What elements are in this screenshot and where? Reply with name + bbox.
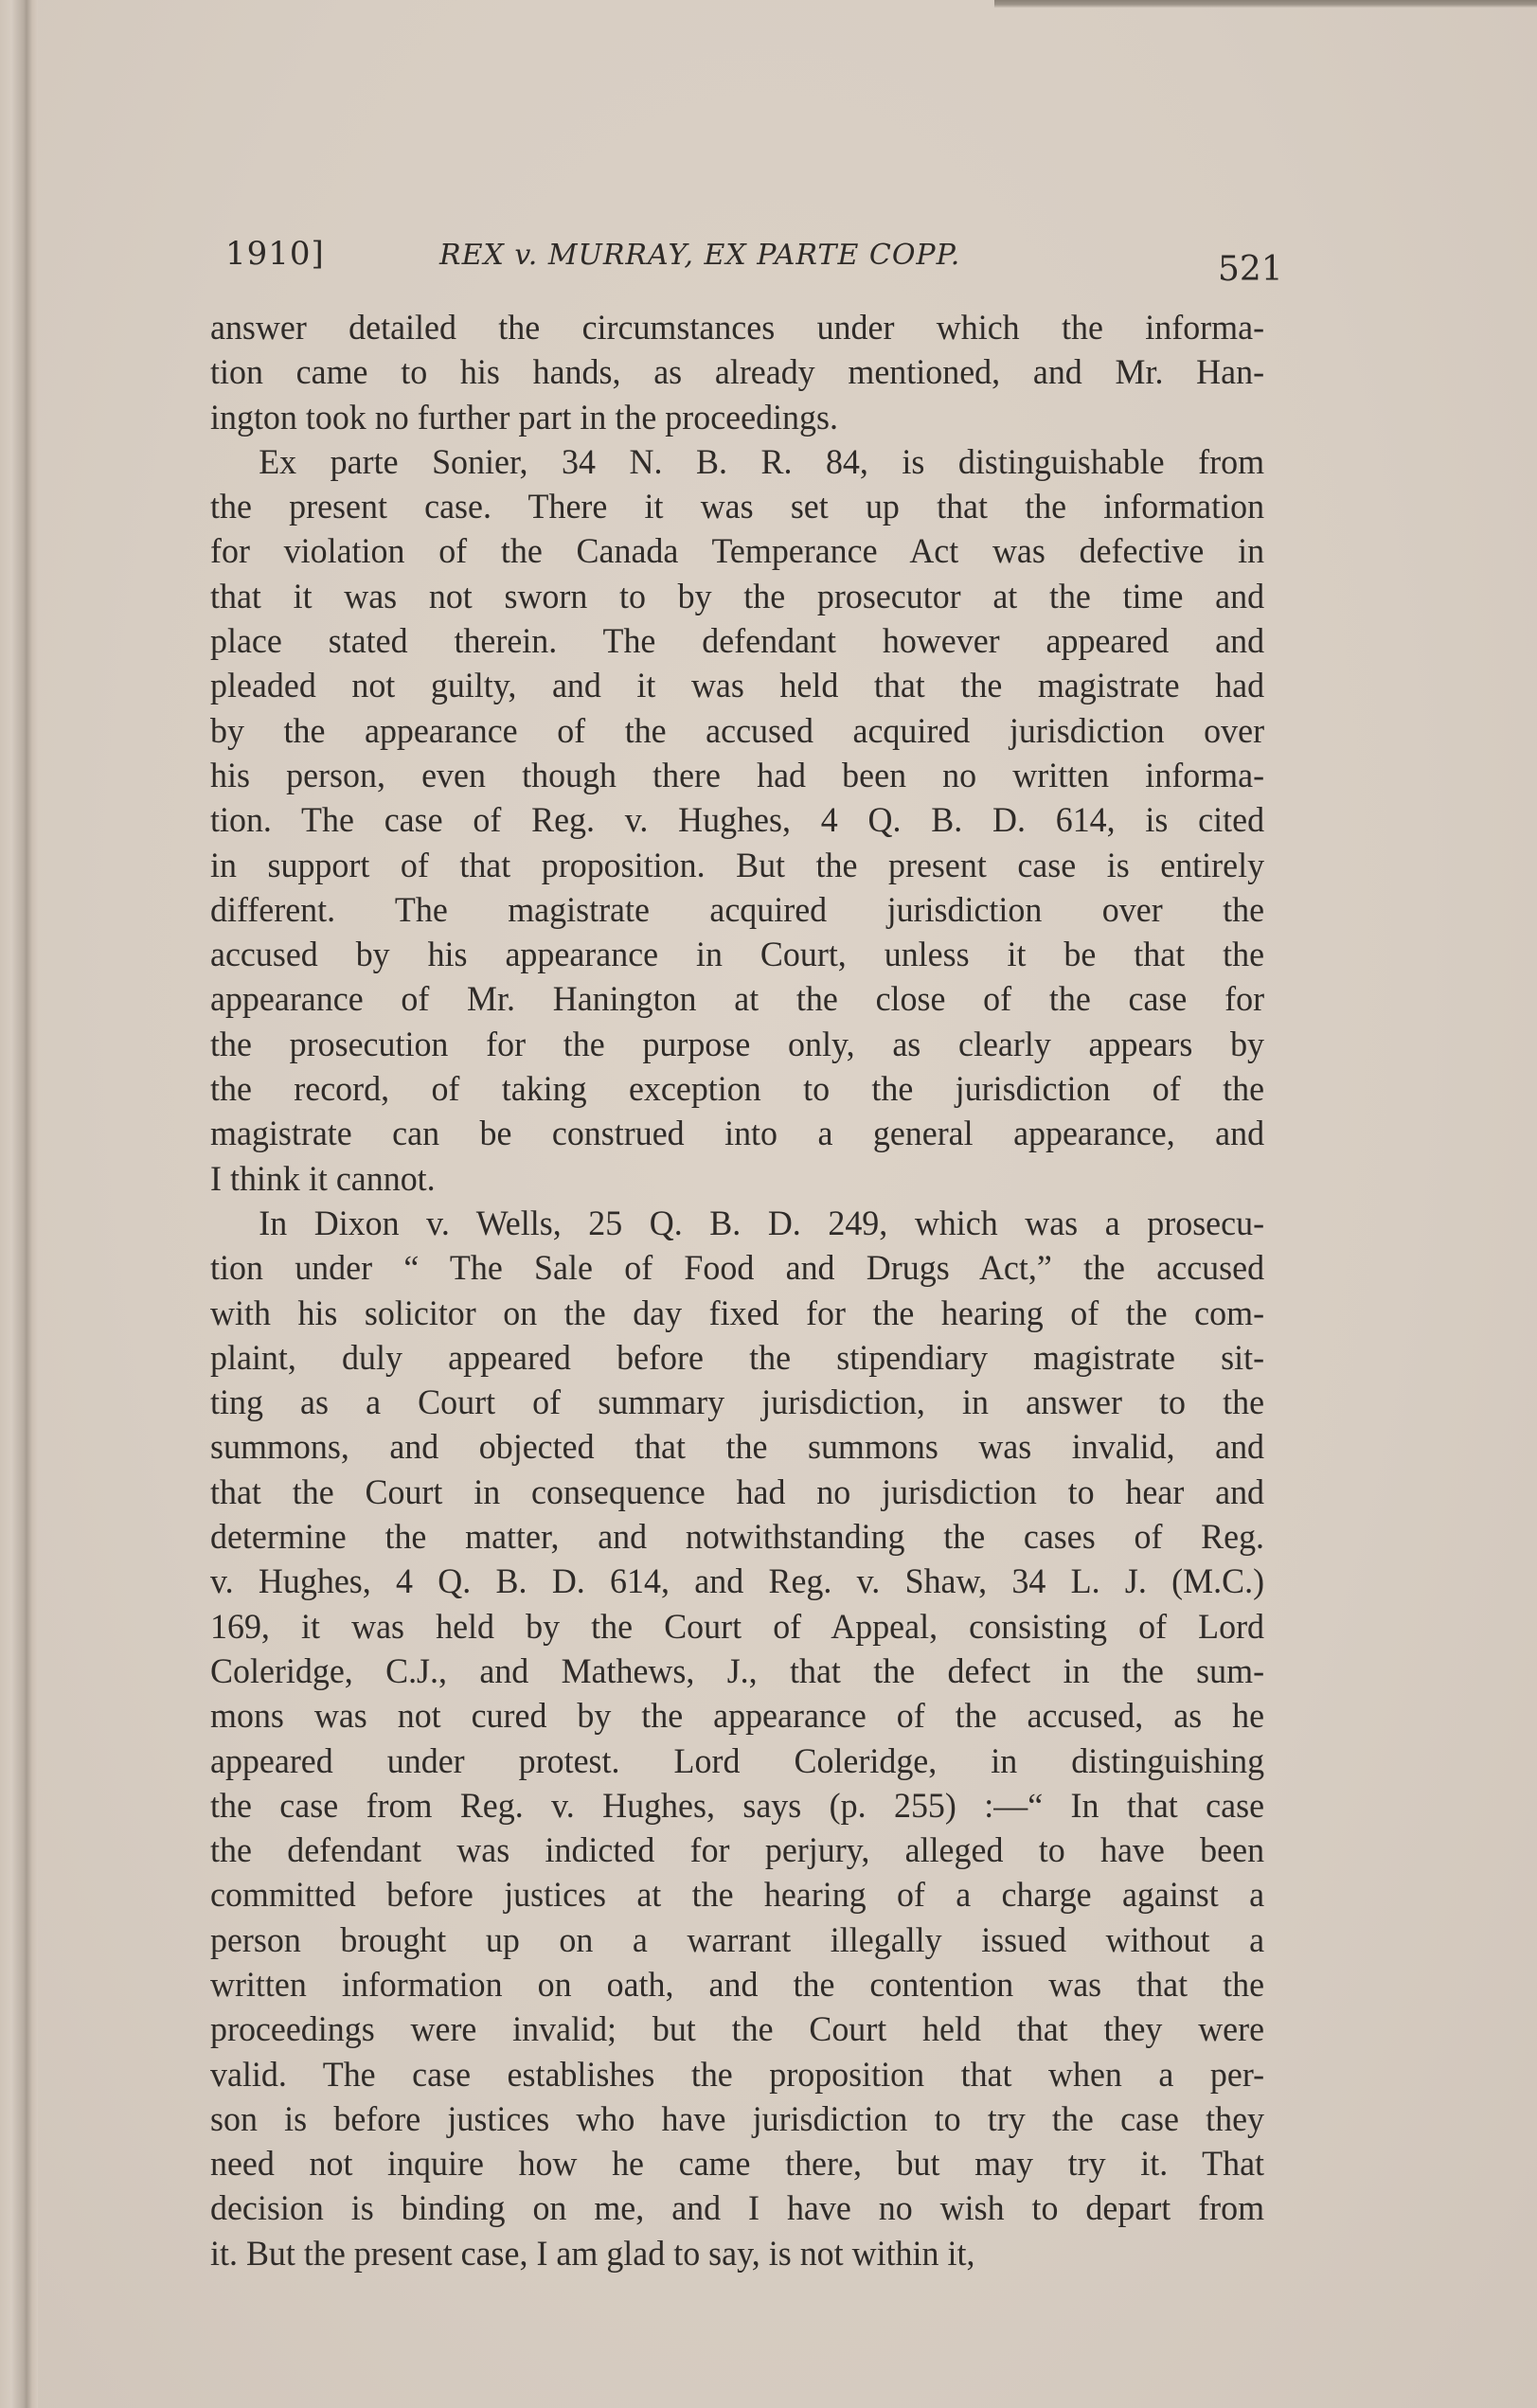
text-line: that the Court in consequence had no jur… [210, 1470, 1264, 1514]
text-line: committed before justices at the hearing… [210, 1872, 1264, 1917]
text-line: pleaded not guilty, and it was held that… [210, 663, 1264, 707]
text-line: different. The magistrate acquired juris… [210, 887, 1264, 932]
page-number: 521 [1218, 250, 1283, 289]
text-line: magistrate can be construed into a gener… [210, 1111, 1264, 1155]
text-line: it. But the present case, I am glad to s… [210, 2231, 1264, 2275]
paragraph: answer detailed the circumstances under … [210, 305, 1264, 439]
text-line: decision is binding on me, and I have no… [210, 2185, 1264, 2230]
header-running-title: REX v. MURRAY, EX PARTE COPP. [439, 239, 960, 272]
text-line: tion came to his hands, as already menti… [210, 349, 1264, 394]
text-line: the defendant was indicted for perjury, … [210, 1828, 1264, 1872]
text-line: accused by his appearance in Court, unle… [210, 932, 1264, 976]
text-line: by the appearance of the accused acquire… [210, 708, 1264, 753]
text-line: appeared under protest. Lord Coleridge, … [210, 1739, 1264, 1783]
text-line: tion under “ The Sale of Food and Drugs … [210, 1245, 1264, 1290]
text-line: ting as a Court of summary jurisdiction,… [210, 1380, 1264, 1424]
text-line: that it was not sworn to by the prosecut… [210, 574, 1264, 618]
text-line: In Dixon v. Wells, 25 Q. B. D. 249, whic… [210, 1201, 1264, 1245]
text-line: ington took no further part in the proce… [210, 395, 1264, 439]
text-line: proceedings were invalid; but the Court … [210, 2007, 1264, 2051]
page-gutter-edge [0, 0, 38, 2408]
text-line: I think it cannot. [210, 1156, 1264, 1201]
text-line: the present case. There it was set up th… [210, 484, 1264, 528]
text-line: answer detailed the circumstances under … [210, 305, 1264, 349]
paragraph: Ex parte Sonier, 34 N. B. R. 84, is dist… [210, 439, 1264, 1201]
text-line: for violation of the Canada Temperance A… [210, 528, 1264, 573]
body-text: answer detailed the circumstances under … [210, 305, 1264, 2275]
text-line: written information on oath, and the con… [210, 1962, 1264, 2007]
text-line: summons, and objected that the summons w… [210, 1424, 1264, 1469]
text-line: place stated therein. The defendant howe… [210, 618, 1264, 663]
text-line: valid. The case establishes the proposit… [210, 2052, 1264, 2096]
text-line: appearance of Mr. Hanington at the close… [210, 976, 1264, 1021]
text-line: in support of that proposition. But the … [210, 843, 1264, 887]
text-line: Coleridge, C.J., and Mathews, J., that t… [210, 1649, 1264, 1693]
text-line: the prosecution for the purpose only, as… [210, 1022, 1264, 1066]
text-line: his person, even though there had been n… [210, 753, 1264, 797]
text-line: v. Hughes, 4 Q. B. D. 614, and Reg. v. S… [210, 1559, 1264, 1603]
text-line: plaint, duly appeared before the stipend… [210, 1335, 1264, 1380]
text-line: son is before justices who have jurisdic… [210, 2096, 1264, 2141]
text-line: need not inquire how he came there, but … [210, 2141, 1264, 2185]
text-line: the record, of taking exception to the j… [210, 1066, 1264, 1111]
text-line: mons was not cured by the appearance of … [210, 1693, 1264, 1738]
text-line: tion. The case of Reg. v. Hughes, 4 Q. B… [210, 797, 1264, 842]
text-line: Ex parte Sonier, 34 N. B. R. 84, is dist… [210, 439, 1264, 484]
text-line: the case from Reg. v. Hughes, says (p. 2… [210, 1783, 1264, 1828]
scanned-page: 1910] REX v. MURRAY, EX PARTE COPP. 521 … [0, 0, 1537, 2408]
text-line: with his solicitor on the day fixed for … [210, 1291, 1264, 1335]
text-line: 169, it was held by the Court of Appeal,… [210, 1604, 1264, 1649]
paragraph: In Dixon v. Wells, 25 Q. B. D. 249, whic… [210, 1201, 1264, 2275]
text-line: person brought up on a warrant illegally… [210, 1917, 1264, 1962]
text-line: determine the matter, and notwithstandin… [210, 1514, 1264, 1559]
running-header: 1910] REX v. MURRAY, EX PARTE COPP. 521 [225, 235, 1286, 292]
header-year: 1910] [225, 235, 325, 273]
page-top-edge-shadow [994, 0, 1537, 8]
